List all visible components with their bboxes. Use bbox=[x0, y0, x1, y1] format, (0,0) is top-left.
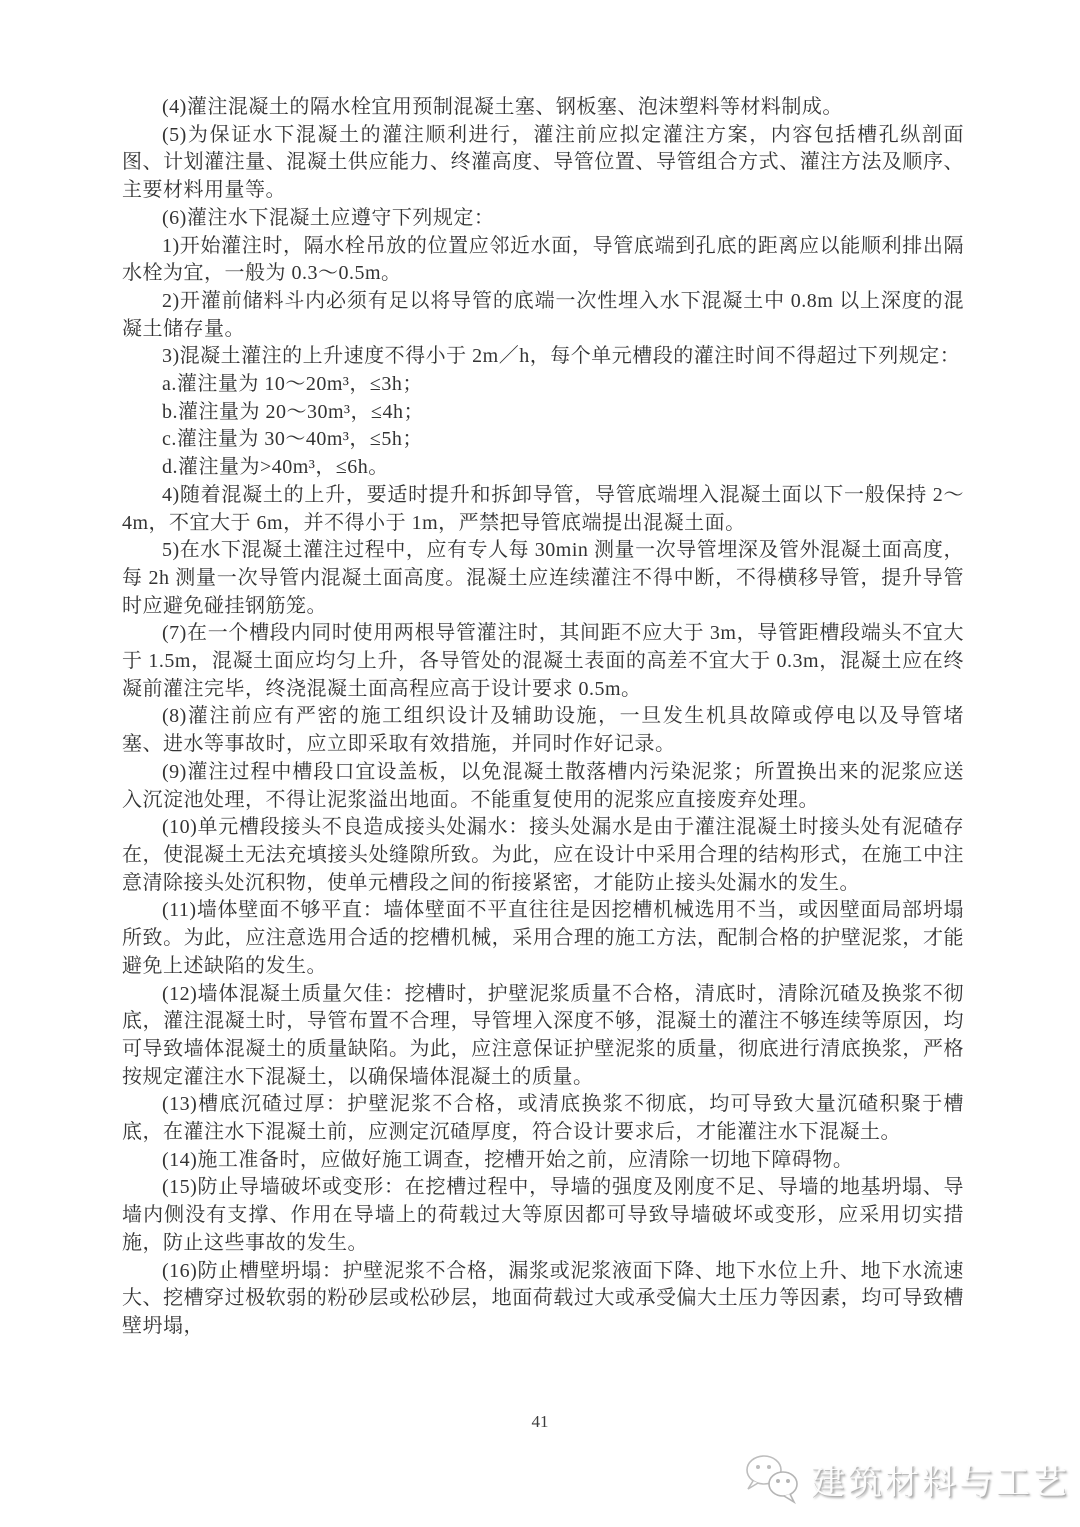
paragraph: (10)单元槽段接头不良造成接头处漏水：接头处漏水是由于灌注混凝土时接头处有泥碴… bbox=[122, 814, 964, 897]
paragraph: d.灌注量为>40m³，≤6h。 bbox=[122, 454, 964, 482]
paragraph: (7)在一个槽段内同时使用两根导管灌注时，其间距不应大于 3m，导管距槽段端头不… bbox=[122, 620, 964, 703]
paragraph: (9)灌注过程中槽段口宜设盖板，以免混凝土散落槽内污染泥浆；所置换出来的泥浆应送… bbox=[122, 759, 964, 814]
paragraph: (6)灌注水下混凝土应遵守下列规定： bbox=[122, 205, 964, 233]
paragraph: (16)防止槽壁坍塌：护壁泥浆不合格，漏浆或泥浆液面下降、地下水位上升、地下水流… bbox=[122, 1258, 964, 1341]
paragraph: (15)防止导墙破坏或变形：在挖槽过程中，导墙的强度及刚度不足、导墙的地基坍塌、… bbox=[122, 1174, 964, 1257]
paragraph: (13)槽底沉碴过厚：护壁泥浆不合格，或清底换浆不彻底，均可导致大量沉碴积聚于槽… bbox=[122, 1091, 964, 1146]
paragraph: (14)施工准备时，应做好施工调查，挖槽开始之前，应清除一切地下障碍物。 bbox=[122, 1147, 964, 1175]
paragraph: 3)混凝土灌注的上升速度不得小于 2m／h，每个单元槽段的灌注时间不得超过下列规… bbox=[122, 343, 964, 371]
paragraph: a.灌注量为 10～20m³，≤3h； bbox=[122, 371, 964, 399]
document-page: (4)灌注混凝土的隔水栓宜用预制混凝土塞、钢板塞、泡沫塑料等材料制成。(5)为保… bbox=[0, 0, 1080, 1527]
paragraph: (5)为保证水下混凝土的灌注顺利进行，灌注前应拟定灌注方案，内容包括槽孔纵剖面图… bbox=[122, 122, 964, 205]
wechat-icon bbox=[741, 1448, 805, 1510]
paragraph: (8)灌注前应有严密的施工组织设计及辅助设施，一旦发生机具故障或停电以及导管堵塞… bbox=[122, 703, 964, 758]
watermark: 建筑材料与工艺 bbox=[741, 1448, 1070, 1510]
document-body: (4)灌注混凝土的隔水栓宜用预制混凝土塞、钢板塞、泡沫塑料等材料制成。(5)为保… bbox=[122, 94, 964, 1341]
paragraph: (4)灌注混凝土的隔水栓宜用预制混凝土塞、钢板塞、泡沫塑料等材料制成。 bbox=[122, 94, 964, 122]
paragraph: 1)开始灌注时，隔水栓吊放的位置应邻近水面，导管底端到孔底的距离应以能顺利排出隔… bbox=[122, 233, 964, 288]
paragraph: 4)随着混凝土的上升，要适时提升和拆卸导管，导管底端埋入混凝土面以下一般保持 2… bbox=[122, 482, 964, 537]
paragraph: c.灌注量为 30～40m³，≤5h； bbox=[122, 426, 964, 454]
page-number: 41 bbox=[0, 1412, 1080, 1432]
watermark-text: 建筑材料与工艺 bbox=[811, 1455, 1070, 1504]
paragraph: 5)在水下混凝土灌注过程中，应有专人每 30min 测量一次导管埋深及管外混凝土… bbox=[122, 537, 964, 620]
paragraph: 2)开灌前储料斗内必须有足以将导管的底端一次性埋入水下混凝土中 0.8m 以上深… bbox=[122, 288, 964, 343]
paragraph: b.灌注量为 20～30m³，≤4h； bbox=[122, 399, 964, 427]
paragraph: (11)墙体壁面不够平直：墙体壁面不平直往往是因挖槽机械选用不当，或因壁面局部坍… bbox=[122, 897, 964, 980]
paragraph: (12)墙体混凝土质量欠佳：挖槽时，护壁泥浆质量不合格，清底时，清除沉碴及换浆不… bbox=[122, 981, 964, 1092]
